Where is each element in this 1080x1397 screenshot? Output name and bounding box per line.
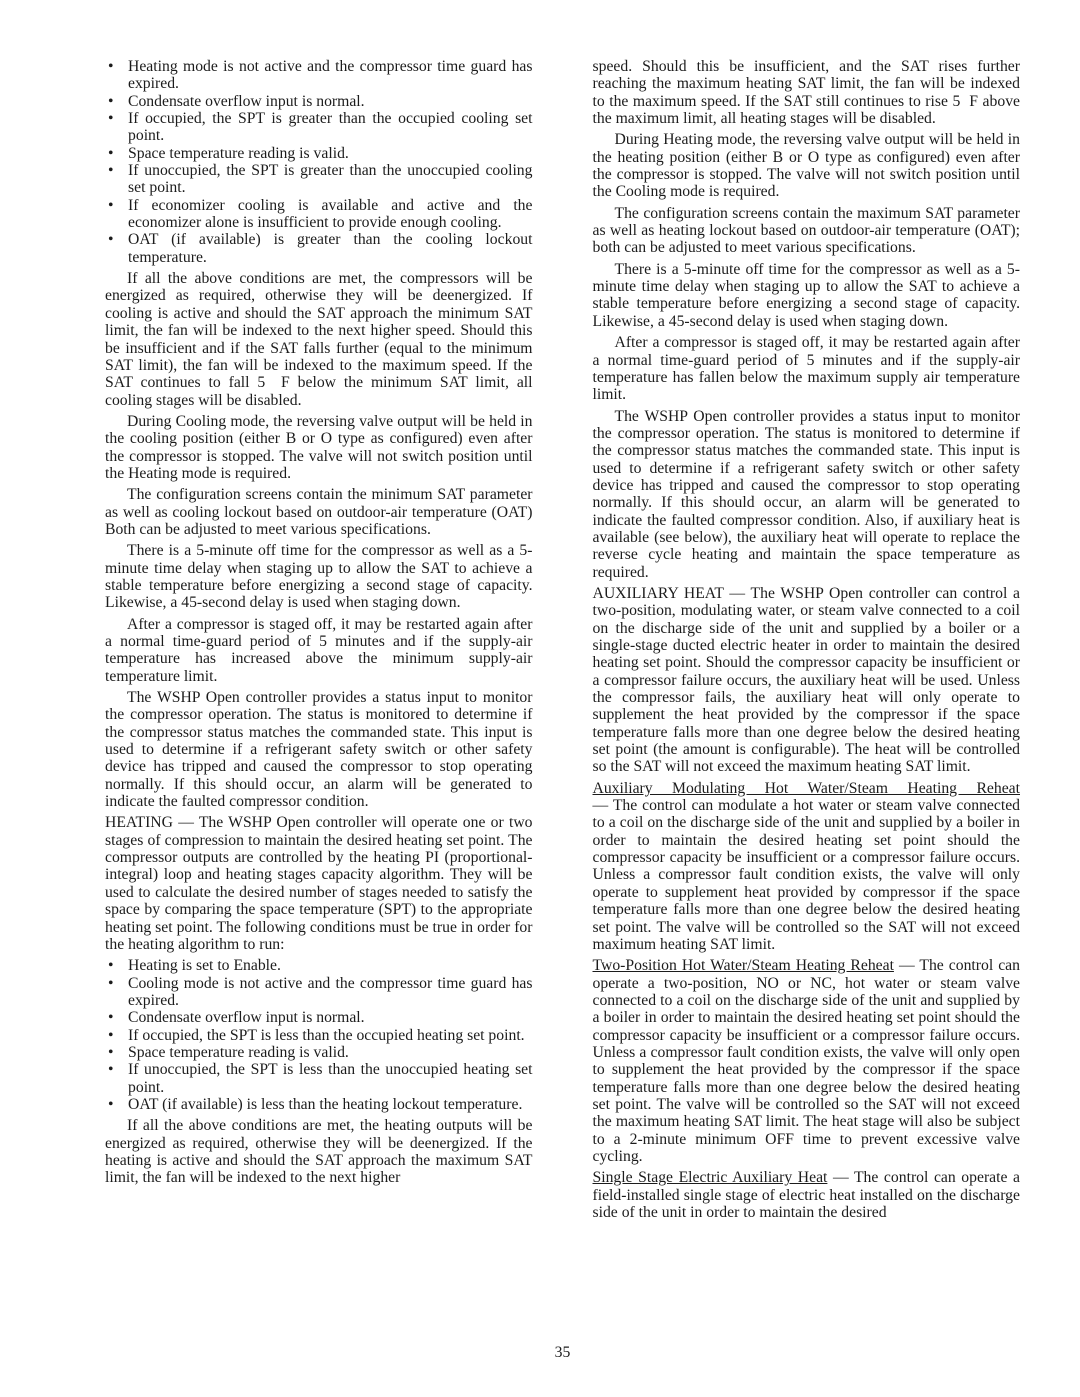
bullet-item: If unoccupied, the SPT is less than the … xyxy=(105,1061,533,1096)
right-column: speed. Should this be insufficient, and … xyxy=(593,58,1021,1225)
heating-timeguard-paragraph: After a compressor is staged off, it may… xyxy=(593,334,1021,403)
bullet-item: Cooling mode is not active and the compr… xyxy=(105,975,533,1010)
bullet-item: Space temperature reading is valid. xyxy=(105,145,533,162)
aux-modulating-reheat-paragraph: Auxiliary Modulating Hot Water/Steam Hea… xyxy=(593,780,1021,953)
heating-reversing-valve-paragraph: During Heating mode, the reversing valve… xyxy=(593,131,1021,200)
bullet-item: If occupied, the SPT is less than the oc… xyxy=(105,1027,533,1044)
cooling-staging-delay-paragraph: There is a 5-minute off time for the com… xyxy=(105,542,533,611)
heating-configuration-paragraph: The configuration screens contain the ma… xyxy=(593,205,1021,257)
two-position-reheat-paragraph: Two-Position Hot Water/Steam Heating Reh… xyxy=(593,957,1021,1165)
cooling-configuration-paragraph: The configuration screens contain the mi… xyxy=(105,486,533,538)
document-page: Heating mode is not active and the compr… xyxy=(0,0,1080,1397)
left-column: Heating mode is not active and the compr… xyxy=(105,58,533,1225)
bullet-item: If unoccupied, the SPT is greater than t… xyxy=(105,162,533,197)
cooling-reversing-valve-paragraph: During Cooling mode, the reversing valve… xyxy=(105,413,533,482)
single-stage-electric-paragraph: Single Stage Electric Auxiliary Heat — T… xyxy=(593,1169,1021,1221)
section-body-text: — The control can operate a two-position… xyxy=(593,957,1021,1165)
bullet-item: If economizer cooling is available and a… xyxy=(105,197,533,232)
two-column-layout: Heating mode is not active and the compr… xyxy=(105,58,1020,1225)
section-body-text: — The control can modulate a hot water o… xyxy=(593,797,1021,953)
cooling-summary-paragraph: If all the above conditions are met, the… xyxy=(105,270,533,409)
heating-staging-delay-paragraph: There is a 5-minute off time for the com… xyxy=(593,261,1021,330)
bullet-item: Heating is set to Enable. xyxy=(105,957,533,974)
bullet-item: If occupied, the SPT is greater than the… xyxy=(105,110,533,145)
section-heading-single-stage: Single Stage Electric Auxiliary Heat xyxy=(593,1169,828,1186)
heating-summary-continuation-paragraph: speed. Should this be insufficient, and … xyxy=(593,58,1021,127)
heating-summary-paragraph: If all the above conditions are met, the… xyxy=(105,1117,533,1186)
cooling-run-conditions-list: Heating mode is not active and the compr… xyxy=(105,58,533,266)
bullet-item: Condensate overflow input is normal. xyxy=(105,1009,533,1026)
cooling-timeguard-paragraph: After a compressor is staged off, it may… xyxy=(105,616,533,685)
auxiliary-heat-section-paragraph: AUXILIARY HEAT — The WSHP Open controlle… xyxy=(593,585,1021,776)
compressor-status-aux-paragraph: The WSHP Open controller provides a stat… xyxy=(593,408,1021,581)
heating-run-conditions-list: Heating is set to Enable. Cooling mode i… xyxy=(105,957,533,1113)
heating-section-paragraph: HEATING — The WSHP Open controller will … xyxy=(105,814,533,953)
bullet-item: Space temperature reading is valid. xyxy=(105,1044,533,1061)
bullet-item: Heating mode is not active and the compr… xyxy=(105,58,533,93)
bullet-item: Condensate overflow input is normal. xyxy=(105,93,533,110)
section-heading-aux-modulating: Auxiliary Modulating Hot Water/Steam Hea… xyxy=(593,780,1021,797)
bullet-item: OAT (if available) is less than the heat… xyxy=(105,1096,533,1113)
compressor-status-paragraph: The WSHP Open controller provides a stat… xyxy=(105,689,533,810)
section-heading-two-position: Two-Position Hot Water/Steam Heating Reh… xyxy=(593,957,894,974)
page-number: 35 xyxy=(105,1344,1020,1362)
bullet-item: OAT (if available) is greater than the c… xyxy=(105,231,533,266)
